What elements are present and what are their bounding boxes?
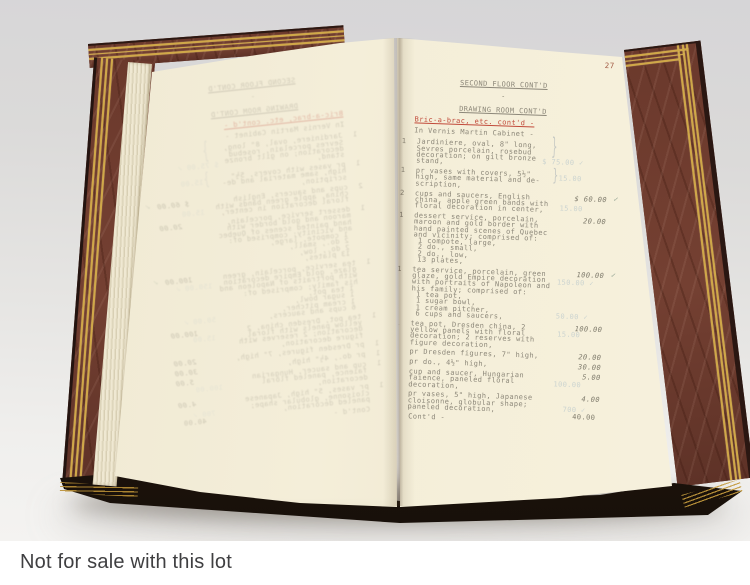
item-quantity: 2 [347, 182, 364, 202]
typed-inventory-sheet: 27 SECOND FLOOR CONT'D - DRAWING ROOM CO… [137, 44, 395, 516]
item-price: 20.00 [173, 357, 217, 368]
item-quantity: 1 [364, 340, 380, 348]
check-mark-icon: ✓ [145, 204, 150, 211]
item-description: dessert service, porcelain, maroon and g… [413, 212, 563, 268]
product-photo-listing: 27 SECOND FLOOR CONT'D - DRAWING ROOM CO… [0, 0, 750, 585]
item-description: pr vases with covers, 5½" high, same mat… [415, 168, 564, 192]
price-value: 20.00 [578, 354, 601, 363]
item-description: pr vases, 5" high, Japanese cloisonne, g… [407, 391, 556, 415]
price-value: $ 60.00 [156, 200, 189, 211]
page-number: 27 [605, 63, 615, 70]
price-value: $ 60.00 [574, 195, 607, 204]
check-mark-icon: ✓ [153, 280, 158, 287]
item-quantity: 1 [361, 312, 379, 339]
price-value: 20.00 [583, 217, 606, 226]
gold-fillet-line [682, 45, 737, 480]
open-book-photo: 27 SECOND FLOOR CONT'D - DRAWING ROOM CO… [0, 0, 750, 541]
heading-separator: - [403, 90, 603, 103]
price-value: 4.00 [581, 396, 600, 405]
item-description: cup and saucer, Hungarian faience, panel… [408, 368, 557, 392]
item-price: 20.00 [159, 222, 208, 277]
price-value: 30.00 [174, 368, 198, 378]
showthrough-mirrored-text: 27 SECOND FLOOR CONT'D - DRAWING ROOM CO… [127, 44, 395, 517]
item-price: 20.00 [557, 354, 601, 362]
price-value: 20.00 [159, 223, 183, 233]
showthrough-price: 50.00 ✓ [556, 313, 589, 320]
showthrough-price: 15.00 [558, 175, 581, 182]
item-price: 20.00 [560, 218, 606, 270]
gold-fillet-line [686, 44, 741, 479]
showthrough-price: $ 75.00 ✓ [542, 159, 584, 167]
price-value: 5.00 [175, 379, 194, 389]
item-quantity: 1 [342, 132, 360, 159]
inventory-item: 1 dessert service, porcelain, maroon and… [398, 212, 612, 270]
item-quantity: 1 [365, 350, 381, 358]
sheet-heading-floor: SECOND FLOOR CONT'D [404, 78, 604, 91]
showthrough-price: 15.00 [559, 205, 582, 212]
item-quantity: 1 [366, 360, 383, 380]
gold-fillet-line [677, 45, 732, 480]
check-mark-icon: ✓ [611, 272, 616, 278]
price-value: 20.00 [173, 359, 197, 369]
item-price: 30.00 [557, 364, 601, 372]
item-description: tea service, porcelain, green glaze, gol… [411, 266, 561, 322]
showthrough-price: 150.00 ✓ [557, 279, 594, 287]
pencil-brace-mark: } [552, 171, 558, 183]
caption-text: Not for sale with this lot [20, 551, 232, 574]
price-value: 4.00 [177, 401, 196, 411]
gold-fillet-line [88, 30, 343, 50]
item-description: tea pot, Dresden china, 2 yellow panels … [410, 320, 559, 350]
pencil-brace-mark: } [203, 175, 210, 188]
item-price: 30.00 [174, 367, 218, 378]
book-gutter-shadow [383, 38, 415, 506]
showthrough-price: 100.00 [553, 381, 581, 388]
typed-page-area: 27 SECOND FLOOR CONT'D - DRAWING ROOM CO… [389, 50, 627, 509]
showthrough-price: 15.00 [557, 331, 580, 338]
price-value: 5.00 [582, 373, 601, 382]
item-description: cups and saucers, English china, apple g… [414, 190, 563, 214]
item-quantity: 1 [345, 160, 362, 180]
price-value: 30.00 [578, 363, 601, 372]
caption-band: Not for sale with this lot [0, 541, 750, 585]
typed-inventory-sheet: 27 SECOND FLOOR CONT'D - DRAWING ROOM CO… [389, 50, 617, 509]
pencil-brace-mark: } [551, 141, 557, 158]
sheet-heading-room: DRAWING ROOM CONT'D [403, 104, 603, 117]
check-mark-icon: ✓ [613, 196, 618, 202]
showthrough-price: 700 ✓ [562, 407, 585, 414]
